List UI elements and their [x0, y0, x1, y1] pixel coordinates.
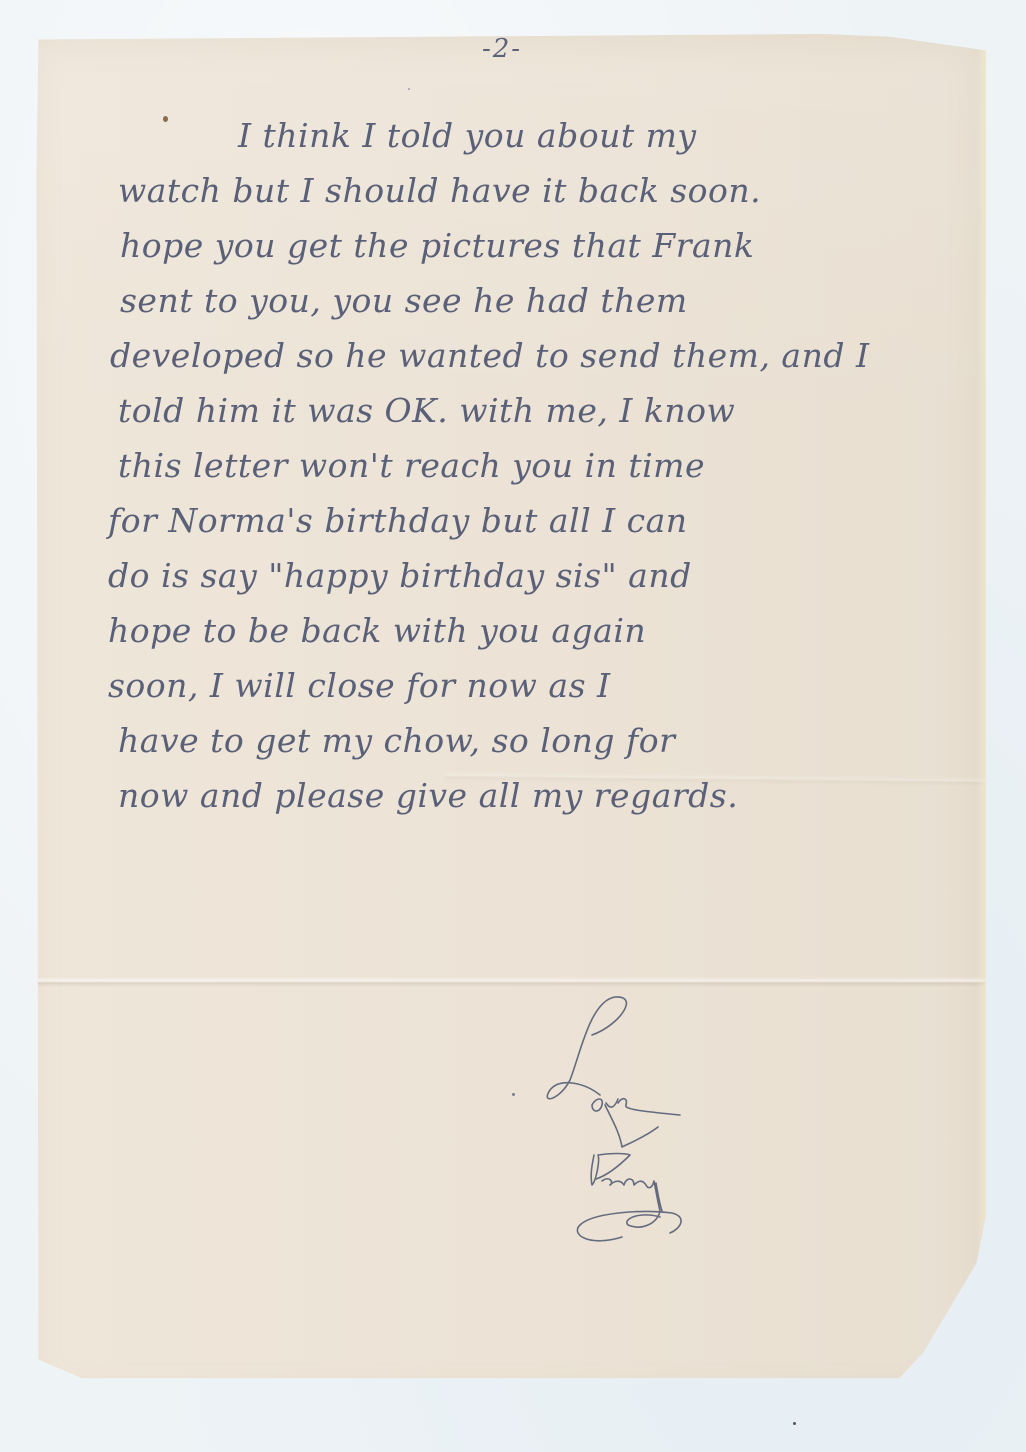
paper-speck	[512, 1093, 515, 1096]
letter-line: soon, I will close for now as I	[90, 658, 950, 713]
letter-line: hope you get the pictures that Frank	[90, 218, 950, 273]
page-number: -2-	[462, 34, 542, 64]
scan-speck	[793, 1422, 796, 1425]
letter-line: this letter won't reach you in time	[90, 438, 950, 493]
signature-flourish-icon	[530, 985, 770, 1245]
signature-block: Love Leroy	[530, 985, 770, 1245]
paper-edge	[976, 34, 986, 1400]
paper-fold-line	[24, 977, 986, 987]
letter-line: developed so he wanted to send them, and…	[90, 328, 950, 383]
letter-line: do is say "happy birthday sis" and	[90, 548, 950, 603]
letter-line: now and please give all my regards.	[90, 768, 950, 823]
letter-line: for Norma's birthday but all I can	[90, 493, 950, 548]
letter-line: hope to be back with you again	[90, 603, 950, 658]
letter-line: have to get my chow, so long for	[90, 713, 950, 768]
letter-line: told him it was OK. with me, I know	[90, 383, 950, 438]
letter-line: I think I told you about my	[90, 108, 950, 163]
letter-line: watch but I should have it back soon.	[90, 163, 950, 218]
letter-line: sent to you, you see he had them	[90, 273, 950, 328]
letter-body: I think I told you about my watch but I …	[90, 108, 950, 823]
paper-speck	[408, 88, 410, 90]
